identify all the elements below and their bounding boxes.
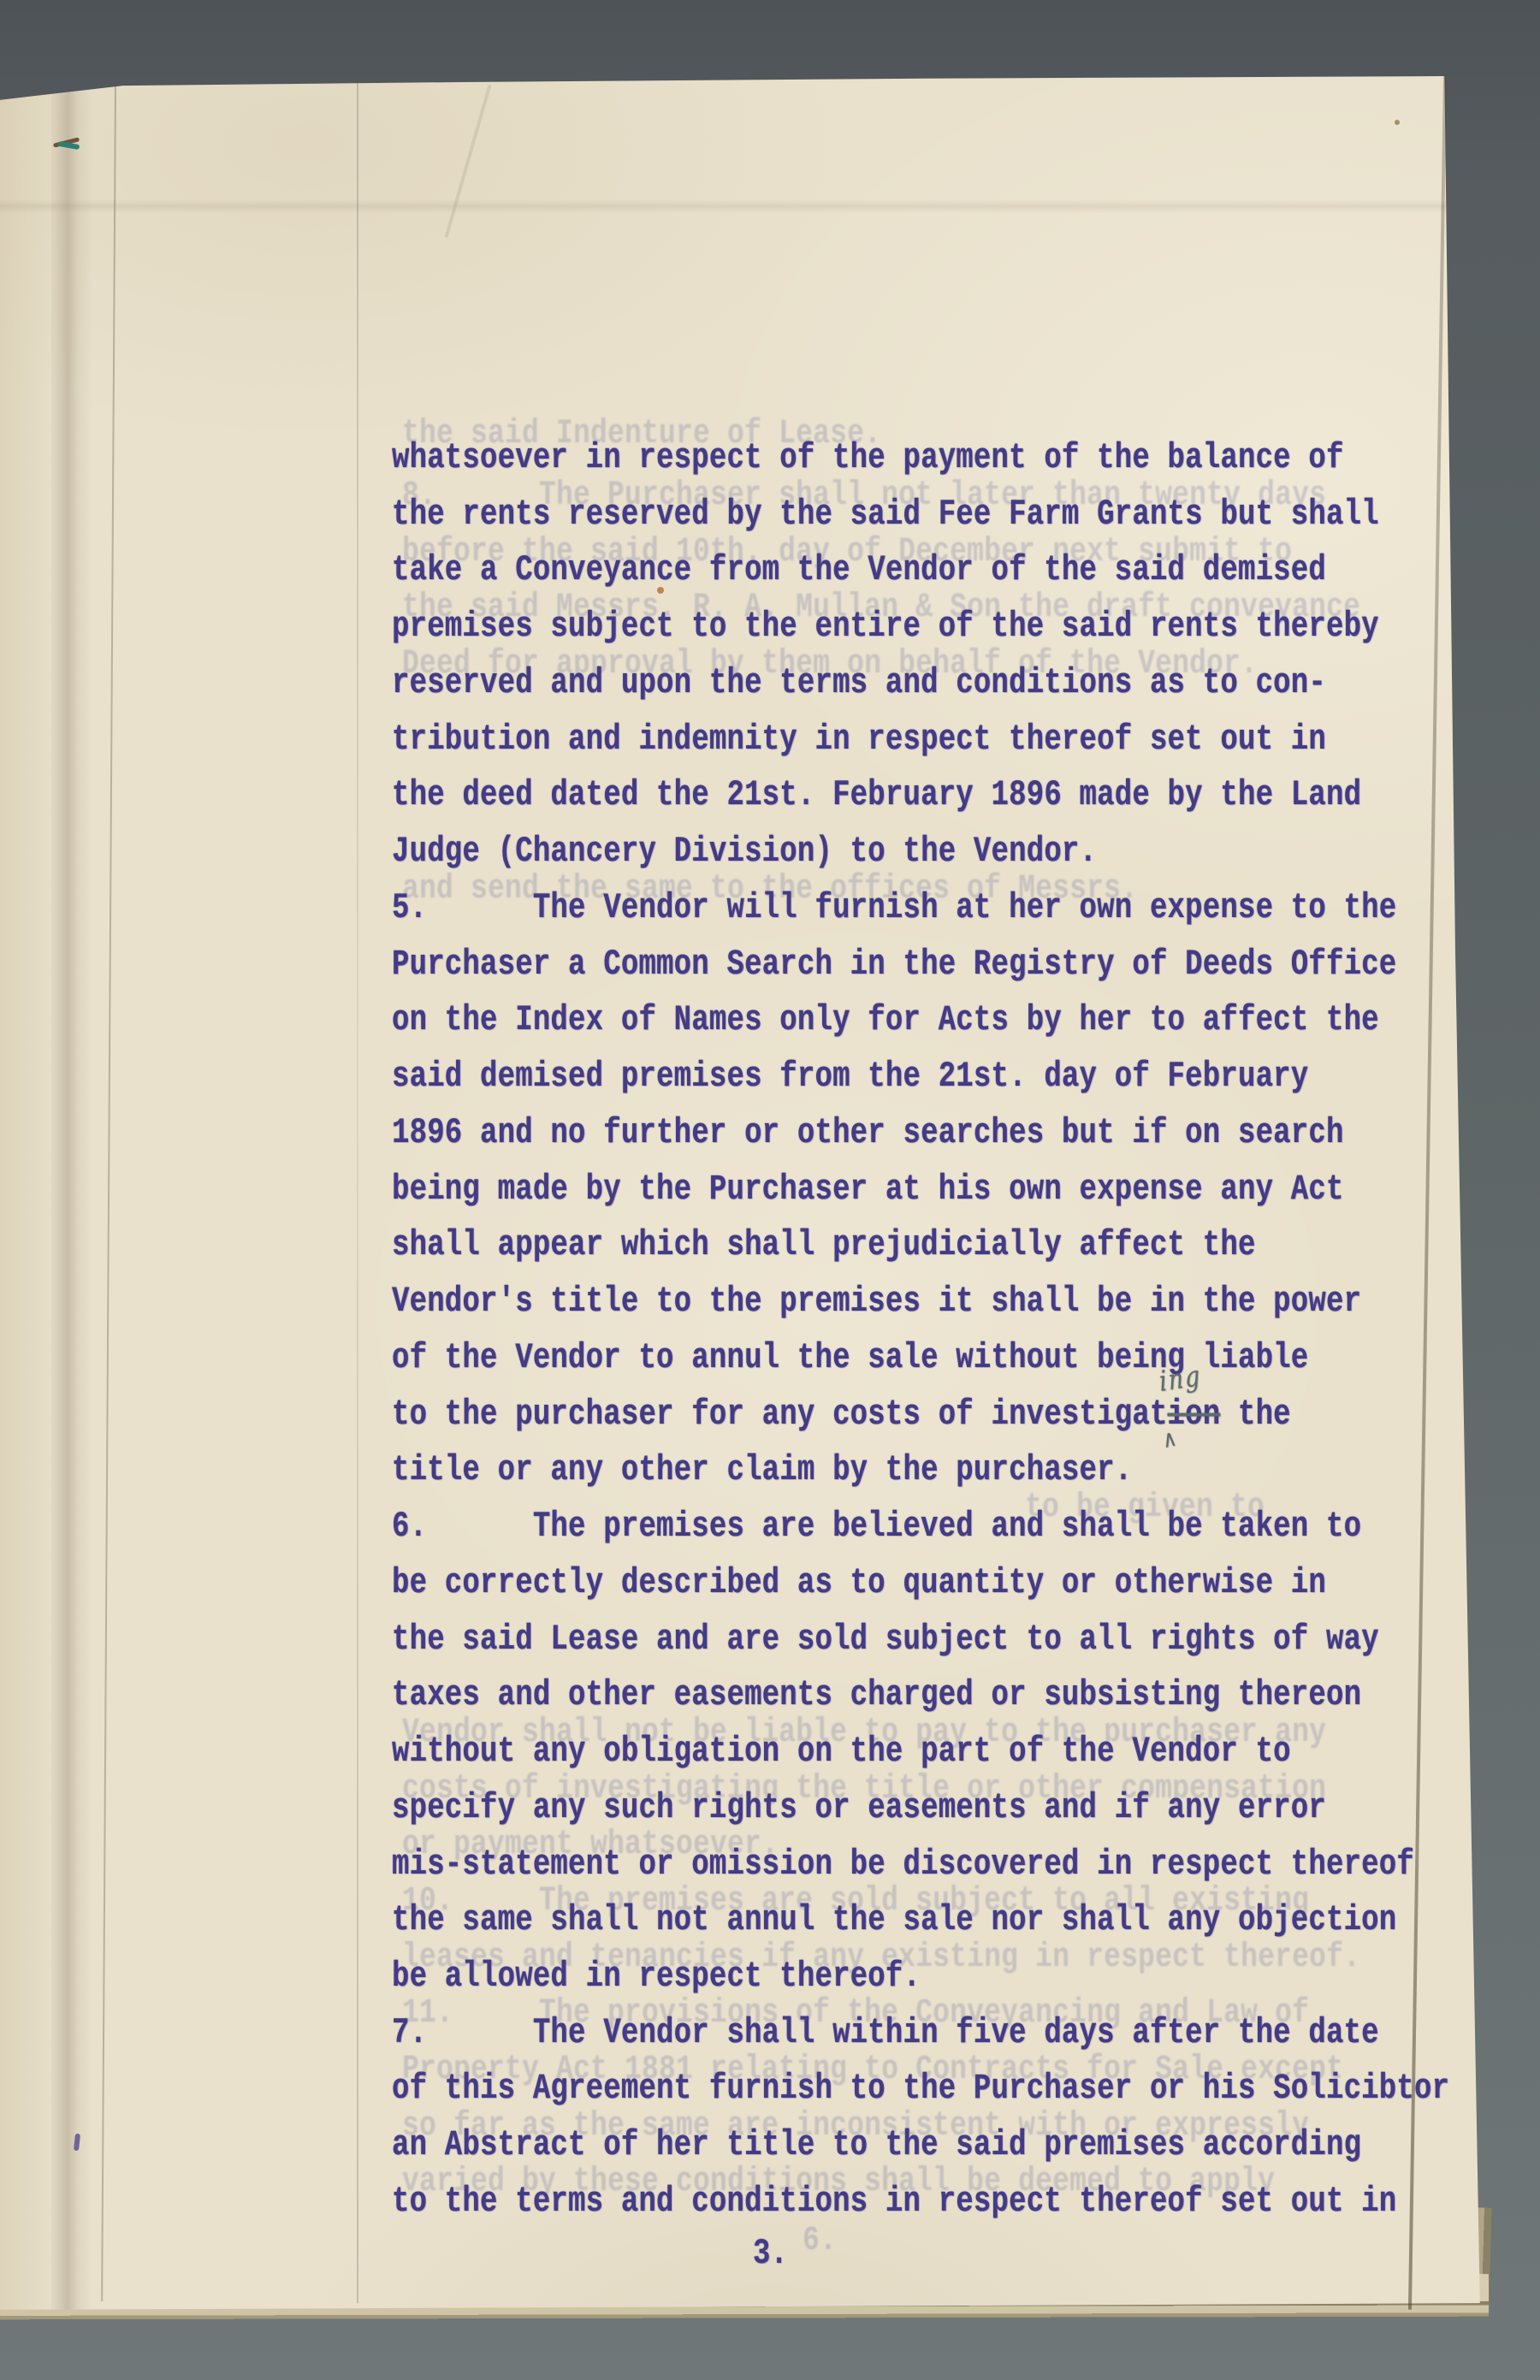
typed-line: 5. The Vendor will furnish at her own ex… [392, 889, 1396, 928]
typed-line: on the Index of Names only for Acts by h… [392, 1001, 1379, 1040]
binding-thread-strand [58, 141, 80, 150]
paper-speck [1395, 120, 1400, 125]
typed-line: said demised premises from the 21st. day… [392, 1057, 1308, 1097]
typed-line: mis-statement or omission be discovered … [392, 1845, 1414, 1885]
typed-text: the [1220, 1395, 1290, 1435]
horizontal-crease [0, 199, 1448, 213]
typed-line: to the terms and conditions in respect t… [392, 2182, 1396, 2222]
fold-crease [51, 75, 92, 2315]
typed-line: tribution and indemnity in respect there… [392, 720, 1326, 760]
typed-line: an Abstract of her title to the said pre… [392, 2126, 1361, 2165]
typed-line: Judge (Chancery Division) to the Vendor. [392, 832, 1097, 872]
typed-line: be correctly described as to quantity or… [392, 1564, 1326, 1603]
typed-line: without any obligation on the part of th… [392, 1732, 1291, 1772]
typed-line: the said Lease and are sold subject to a… [392, 1620, 1379, 1660]
typed-line: take a Conveyance from the Vendor of the… [392, 551, 1326, 590]
typed-line: the same shall not annul the sale nor sh… [392, 1901, 1396, 1940]
typed-line: Purchaser a Common Search in the Registr… [392, 945, 1396, 985]
typed-line: 6. The premises are believed and shall b… [392, 1507, 1361, 1547]
photographed-document: the said Indenture of Lease.8. The Purch… [0, 0, 1540, 2380]
typed-line: whatsoever in respect of the payment of … [392, 439, 1344, 478]
typed-line: of this Agreement furnish to the Purchas… [392, 2069, 1449, 2109]
typed-line: specify any such rights or easements and… [392, 1789, 1326, 1828]
typed-line: the rents reserved by the said Fee Farm … [392, 495, 1379, 535]
typed-line: 7. The Vendor shall within five days aft… [392, 2014, 1379, 2053]
typed-line: title or any other claim by the purchase… [392, 1451, 1132, 1490]
document-page: the said Indenture of Lease.8. The Purch… [0, 0, 1540, 2380]
struck-typed-text: ioning [1168, 1395, 1221, 1435]
typed-line: to the purchaser for any costs of invest… [392, 1395, 1291, 1435]
typed-line: taxes and other easements charged or sub… [392, 1676, 1361, 1715]
typed-line: Vendor's title to the premises it shall … [392, 1282, 1361, 1322]
binding-margin-shading [0, 77, 53, 2314]
vertical-crease [357, 79, 358, 2303]
typed-text: to the purchaser for any costs of invest… [392, 1395, 1168, 1435]
page-number: 3. [753, 2235, 788, 2274]
typed-line: reserved and upon the terms and conditio… [392, 664, 1326, 703]
handwritten-insertion: ing [1158, 1359, 1203, 1398]
typed-line: the deed dated the 21st. February 1896 m… [392, 776, 1361, 815]
typed-line: premises subject to the entire of the sa… [392, 607, 1379, 647]
ghost-line: 6. [803, 2221, 837, 2259]
typed-line: 1896 and no further or other searches bu… [392, 1114, 1344, 1153]
typed-line: being made by the Purchaser at his own e… [392, 1170, 1344, 1210]
typed-line: shall appear which shall prejudicially a… [392, 1226, 1256, 1265]
binding-thread [51, 133, 84, 154]
typed-line: be allowed in respect thereof. [392, 1957, 921, 1997]
